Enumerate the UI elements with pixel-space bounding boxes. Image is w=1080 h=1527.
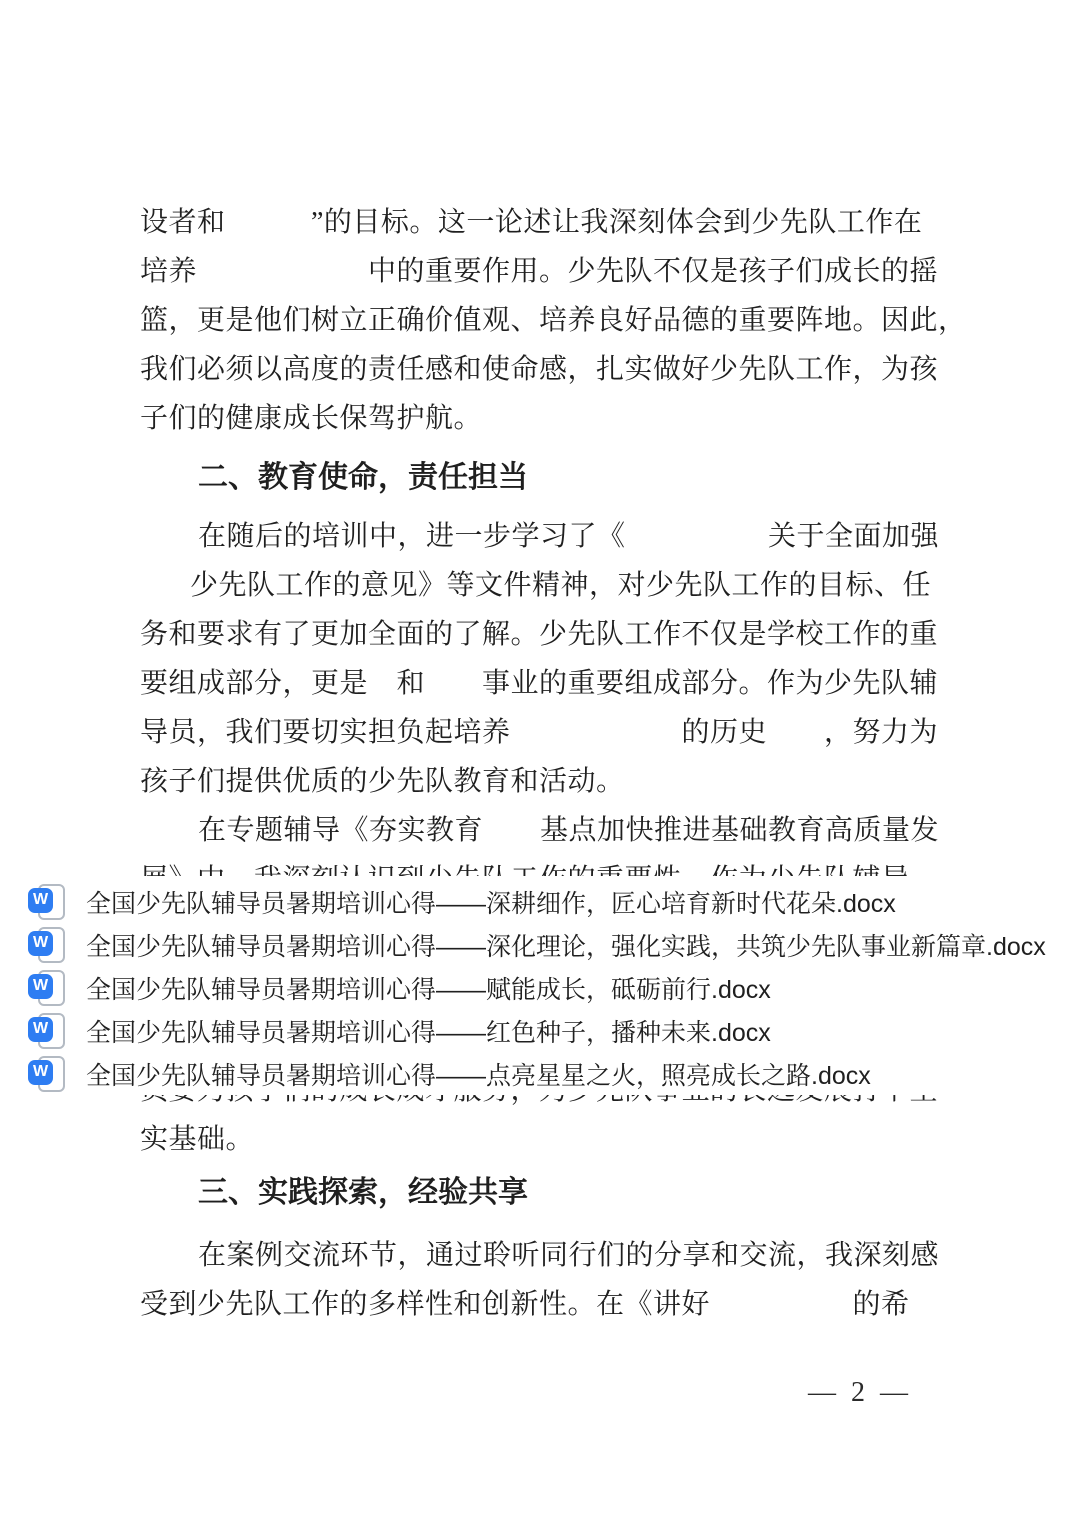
page-number: — 2 — (808, 1377, 912, 1409)
body-line: 实基础。 (140, 1115, 940, 1164)
word-doc-icon: W (28, 925, 66, 965)
file-list-item[interactable]: W 全国少先队辅导员暑期培训心得——深耕细作，匠心培育新时代花朵.docx (0, 880, 1080, 923)
word-doc-icon: W (28, 1011, 66, 1051)
section-heading-2: 二、教育使命，责任担当 (140, 453, 940, 502)
word-w-badge: W (28, 1060, 53, 1085)
word-w-badge: W (28, 974, 53, 999)
word-w-badge: W (28, 931, 53, 956)
file-list-item[interactable]: W 全国少先队辅导员暑期培训心得——深化理论，强化实践，共筑少先队事业新篇章.d… (0, 923, 1080, 966)
body-line: 篮，更是他们树立正确价值观、培养良好品德的重要阵地。因此， (140, 296, 940, 345)
word-doc-icon: W (28, 968, 66, 1008)
document-page: 设者和 ”的目标。这一论述让我深刻体会到少先队工作在 培养 中的重要作用。少先队… (0, 0, 1080, 1527)
section-heading-3: 三、实践探索，经验共享 (140, 1168, 940, 1217)
body-line: 少先队工作的意见》等文件精神，对少先队工作的目标、任 (140, 561, 940, 610)
body-line: 设者和 ”的目标。这一论述让我深刻体会到少先队工作在 (140, 198, 940, 247)
file-name: 全国少先队辅导员暑期培训心得——深化理论，强化实践，共筑少先队事业新篇章.doc… (86, 927, 1046, 963)
body-line: 我们必须以高度的责任感和使命感，扎实做好少先队工作，为孩 (140, 345, 940, 394)
body-line: 务和要求有了更加全面的了解。少先队工作不仅是学校工作的重 (140, 610, 940, 659)
file-name: 全国少先队辅导员暑期培训心得——深耕细作，匠心培育新时代花朵.docx (86, 884, 896, 920)
word-w-badge: W (28, 888, 53, 913)
file-name: 全国少先队辅导员暑期培训心得——赋能成长，砥砺前行.docx (86, 970, 771, 1006)
body-line: 要组成部分，更是 和 事业的重要组成部分。作为少先队辅 (140, 659, 940, 708)
file-list-overlay: W 全国少先队辅导员暑期培训心得——深耕细作，匠心培育新时代花朵.docx W … (0, 876, 1080, 1095)
file-list-item[interactable]: W 全国少先队辅导员暑期培训心得——点亮星星之火，照亮成长之路.docx (0, 1052, 1080, 1095)
body-line: 培养 中的重要作用。少先队不仅是孩子们成长的摇 (140, 247, 940, 296)
file-name: 全国少先队辅导员暑期培训心得——红色种子，播种未来.docx (86, 1013, 771, 1049)
file-name: 全国少先队辅导员暑期培训心得——点亮星星之火，照亮成长之路.docx (86, 1056, 871, 1092)
body-line: 在专题辅导《夯实教育 基点加快推进基础教育高质量发 (140, 806, 940, 855)
document-body: 设者和 ”的目标。这一论述让我深刻体会到少先队工作在 培养 中的重要作用。少先队… (140, 198, 940, 1329)
word-doc-icon: W (28, 1054, 66, 1094)
word-doc-icon: W (28, 882, 66, 922)
body-line: 孩子们提供优质的少先队教育和活动。 (140, 757, 940, 806)
body-line: 在案例交流环节，通过聆听同行们的分享和交流，我深刻感 (140, 1231, 940, 1280)
body-line: 导员，我们要切实担负起培养 的历史 ，努力为 (140, 708, 940, 757)
file-list-item[interactable]: W 全国少先队辅导员暑期培训心得——红色种子，播种未来.docx (0, 1009, 1080, 1052)
body-line: 子们的健康成长保驾护航。 (140, 394, 940, 443)
word-w-badge: W (28, 1017, 53, 1042)
body-line: 受到少先队工作的多样性和创新性。在《讲好 的希 (140, 1280, 940, 1329)
body-line: 在随后的培训中，进一步学习了《 关于全面加强 (140, 512, 940, 561)
file-list-item[interactable]: W 全国少先队辅导员暑期培训心得——赋能成长，砥砺前行.docx (0, 966, 1080, 1009)
